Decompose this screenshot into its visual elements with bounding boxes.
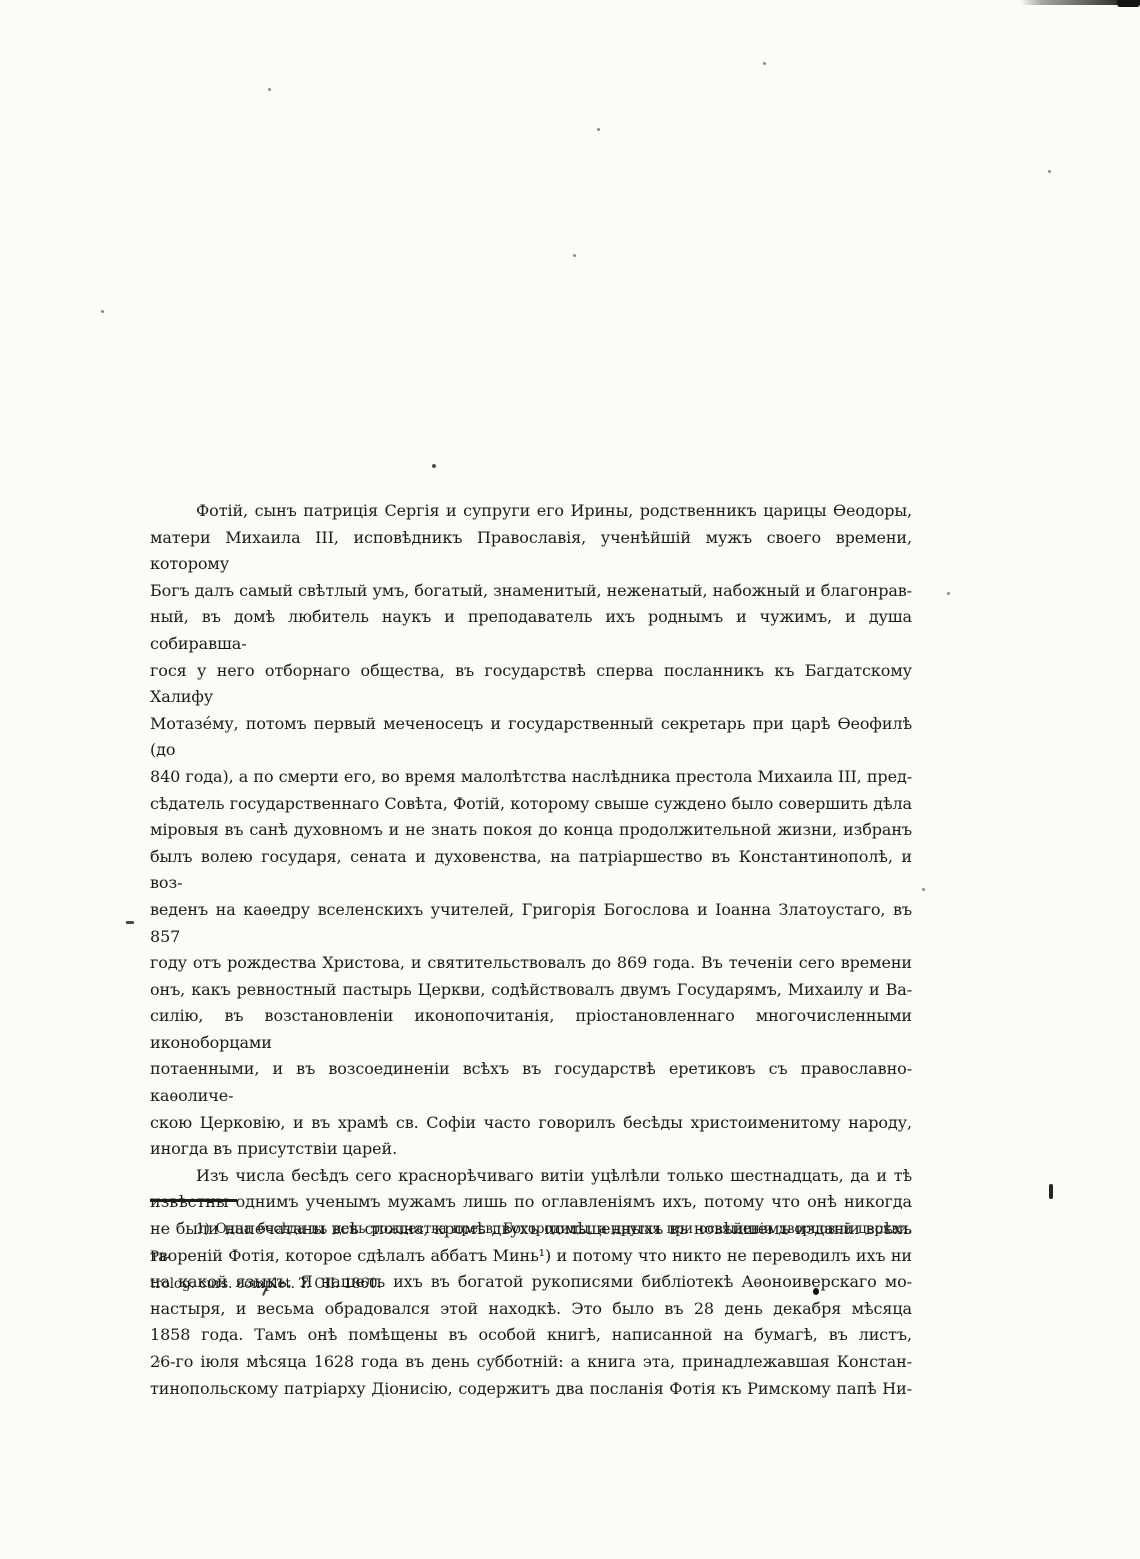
scanned-book-page: Фотій, сынъ патриція Сергія и супруги ег… — [0, 0, 1140, 1559]
text-line: настыря, и весьма обрадовался этой наход… — [150, 1296, 912, 1323]
scan-speck — [101, 310, 104, 313]
text-line: Фотій, сынъ патриція Сергія и супруги ег… — [150, 498, 912, 525]
ink-mark — [126, 921, 134, 924]
text-line: матери Михаила III, исповѣдникъ Правосла… — [150, 525, 912, 578]
scan-speck — [1048, 170, 1051, 173]
scan-speck — [157, 1360, 160, 1363]
paragraph-1: Фотій, сынъ патриція Сергія и супруги ег… — [150, 498, 912, 1163]
text-line: онъ, какъ ревностный пастырь Церкви, сод… — [150, 977, 912, 1004]
text-line: 1858 года. Тамъ онѣ помѣщены въ особой к… — [150, 1322, 912, 1349]
text-line: гося у него отборнаго общества, въ госуд… — [150, 658, 912, 711]
footnote-line: 1) Одна бесѣда въ день рождества пресв. … — [150, 1216, 912, 1271]
text-line: тинопольскому патріарху Діонисію, содерж… — [150, 1376, 912, 1403]
text-line: Мотазе́му, потомъ первый меченосецъ и го… — [150, 711, 912, 764]
text-line: сѣдатель государственнаго Совѣта, Фотій,… — [150, 791, 912, 818]
scan-speck — [947, 592, 950, 595]
text-line: иногда въ присутствіи царей. — [150, 1136, 912, 1163]
text-line: году отъ рождества Христова, и святитель… — [150, 950, 912, 977]
ink-mark — [813, 1288, 819, 1295]
text-line: силію, въ возстановленіи иконопочитанія,… — [150, 1003, 912, 1056]
scan-speck — [597, 128, 600, 131]
scan-speck — [763, 62, 766, 65]
footnote: 1) Одна бесѣда въ день рождества пресв. … — [150, 1216, 912, 1299]
scan-speck — [573, 254, 576, 257]
scan-speck — [922, 888, 925, 891]
text-line: Богъ далъ самый свѣтлый умъ, богатый, зн… — [150, 578, 912, 605]
text-line: 840 года), а по смерти его, во время мал… — [150, 764, 912, 791]
ink-mark — [1049, 1184, 1053, 1199]
text-line: потаенными, и въ возсоединеніи всѣхъ въ … — [150, 1056, 912, 1109]
scan-speck — [432, 464, 436, 468]
scan-edge-artifact-corner — [1117, 0, 1140, 7]
text-line: міровыя въ санѣ духовномъ и не знать пок… — [150, 817, 912, 844]
text-line: Изъ числа бесѣдъ сего краснорѣчиваго вит… — [150, 1163, 912, 1190]
text-line: веденъ на каѳедру вселенскихъ учителей, … — [150, 897, 912, 950]
text-line: 26-го іюля мѣсяца 1628 года въ день субб… — [150, 1349, 912, 1376]
scan-speck — [268, 88, 271, 91]
text-line: былъ волею государя, сената и духовенств… — [150, 844, 912, 897]
footnote-rule — [150, 1199, 237, 1202]
text-line: извѣстны однимъ ученымъ мужамъ лишь по о… — [150, 1189, 912, 1216]
text-line: ный, въ домѣ любитель наукъ и преподават… — [150, 604, 912, 657]
text-line: скою Церковію, и въ храмѣ св. Софіи част… — [150, 1110, 912, 1137]
